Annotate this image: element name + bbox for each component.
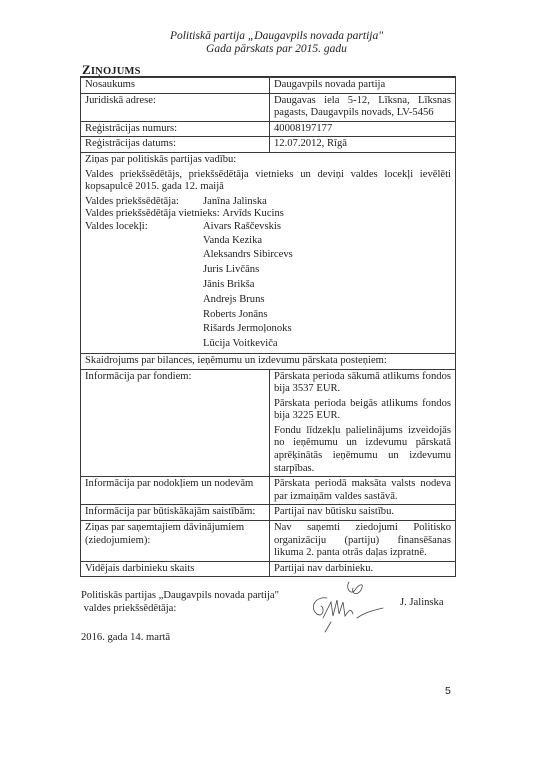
- chair-label: Valdes priekšsēdētāja:: [85, 196, 203, 209]
- address-label: Juridiskā adrese:: [81, 93, 270, 121]
- signature-icon: [305, 578, 385, 638]
- document-header: Politiskā partija „Daugavpils novada par…: [0, 30, 553, 56]
- member-name: Aleksandrs Sibircevs: [203, 248, 451, 263]
- footer-org-line2: valdes priekšsēdētāja:: [81, 603, 279, 616]
- report-table: Nosaukums Daugavpils novada partija Juri…: [80, 77, 456, 577]
- member-name: Lūcija Voitkeviča: [203, 337, 451, 352]
- name-value: Daugavpils novada partija: [270, 78, 456, 94]
- reg-number-label: Reģistrācijas numurs:: [81, 121, 270, 137]
- header-report-title: Gada pārskats par 2015. gadu: [0, 43, 553, 56]
- signature-date: 2016. gada 14. martā: [81, 632, 170, 643]
- leadership-section: Ziņas par politiskās partijas vadību: Va…: [81, 152, 456, 353]
- table-row-employees: Vidējais darbinieku skaits Partijai nav …: [81, 561, 456, 577]
- header-party-name: Politiskā partija „Daugavpils novada par…: [0, 30, 553, 43]
- table-row-liabilities: Informācija par būtiskākajām saistībām: …: [81, 505, 456, 521]
- members-label: Valdes locekļi:: [85, 221, 203, 234]
- employees-label: Vidējais darbinieku skaits: [81, 561, 270, 577]
- leadership-heading: Ziņas par politiskās partijas vadību:: [85, 154, 451, 167]
- liabilities-label: Informācija par būtiskākajām saistībām:: [81, 505, 270, 521]
- liabilities-value: Partijai nav būtisku saistību.: [270, 505, 456, 521]
- table-row-name: Nosaukums Daugavpils novada partija: [81, 78, 456, 94]
- member-name: Aivars Raščevskis: [203, 221, 451, 234]
- table-row-address: Juridiskā adrese: Daugavas iela 5-12, Lī…: [81, 93, 456, 121]
- funds-end-balance: Pārskata perioda beigās atlikums fondos …: [274, 398, 451, 423]
- employees-value: Partijai nav darbinieku.: [270, 561, 456, 577]
- funds-start-balance: Pārskata perioda sākumā atlikums fondos …: [274, 371, 451, 396]
- funds-value: Pārskata perioda sākumā atlikums fondos …: [270, 369, 456, 477]
- member-name: Jānis Brikša: [203, 278, 451, 293]
- table-row-explanation-heading: Skaidrojums par bilances, ieņēmumu un iz…: [81, 353, 456, 369]
- member-name: Vanda Kezika: [203, 234, 451, 249]
- members-row: Valdes locekļi: Aivars Raščevskis: [85, 221, 451, 234]
- table-row-donations: Ziņas par saņemtajiem dāvinājumiem (zied…: [81, 521, 456, 562]
- table-row-taxes: Informācija par nodokļiem un nodevām Pār…: [81, 477, 456, 505]
- explanation-heading: Skaidrojums par bilances, ieņēmumu un iz…: [81, 353, 456, 369]
- funds-change-note: Fondu līdzekļu palielinājums izveidojās …: [274, 425, 451, 475]
- vice-label: Valdes priekšsēdētāja vietnieks:: [85, 208, 220, 221]
- vice-row: Valdes priekšsēdētāja vietnieks: Arvīds …: [85, 208, 451, 221]
- reg-date-label: Reģistrācijas datums:: [81, 137, 270, 153]
- page-number: 5: [445, 685, 451, 697]
- funds-label: Informācija par fondiem:: [81, 369, 270, 477]
- footer-org-line1: Politiskās partijas „Daugavpils novada p…: [81, 590, 279, 603]
- donations-value: Nav saņemti ziedojumi Politisko organizā…: [270, 521, 456, 562]
- member-name: Roberts Jonāns: [203, 308, 451, 323]
- reg-number-value: 40008197177: [270, 121, 456, 137]
- address-value: Daugavas iela 5-12, Līksna, Līksnas paga…: [270, 93, 456, 121]
- donations-label: Ziņas par saņemtajiem dāvinājumiem (zied…: [81, 521, 270, 562]
- footer-organization: Politiskās partijas „Daugavpils novada p…: [81, 590, 279, 615]
- member-name: Juris Livčāns: [203, 263, 451, 278]
- leadership-intro: Valdes priekšsēdētājs, priekšsēdētāja vi…: [85, 169, 451, 194]
- taxes-label: Informācija par nodokļiem un nodevām: [81, 477, 270, 505]
- table-row-reg-number: Reģistrācijas numurs: 40008197177: [81, 121, 456, 137]
- signer-name: J. Jalinska: [400, 597, 444, 608]
- vice-name: Arvīds Kucins: [222, 208, 284, 221]
- member-name: Andrejs Bruns: [203, 293, 451, 308]
- members-list: Vanda Kezika Aleksandrs Sibircevs Juris …: [203, 234, 451, 352]
- table-row-reg-date: Reģistrācijas datums: 12.07.2012, Rīgā: [81, 137, 456, 153]
- name-label: Nosaukums: [81, 78, 270, 94]
- chair-name: Janīna Jalinska: [203, 196, 451, 209]
- member-name: Rišards Jermoļonoks: [203, 322, 451, 337]
- chair-row: Valdes priekšsēdētāja: Janīna Jalinska: [85, 196, 451, 209]
- reg-date-value: 12.07.2012, Rīgā: [270, 137, 456, 153]
- taxes-value: Pārskata periodā maksāta valsts nodeva p…: [270, 477, 456, 505]
- table-row-leadership: Ziņas par politiskās partijas vadību: Va…: [81, 152, 456, 353]
- table-row-funds: Informācija par fondiem: Pārskata period…: [81, 369, 456, 477]
